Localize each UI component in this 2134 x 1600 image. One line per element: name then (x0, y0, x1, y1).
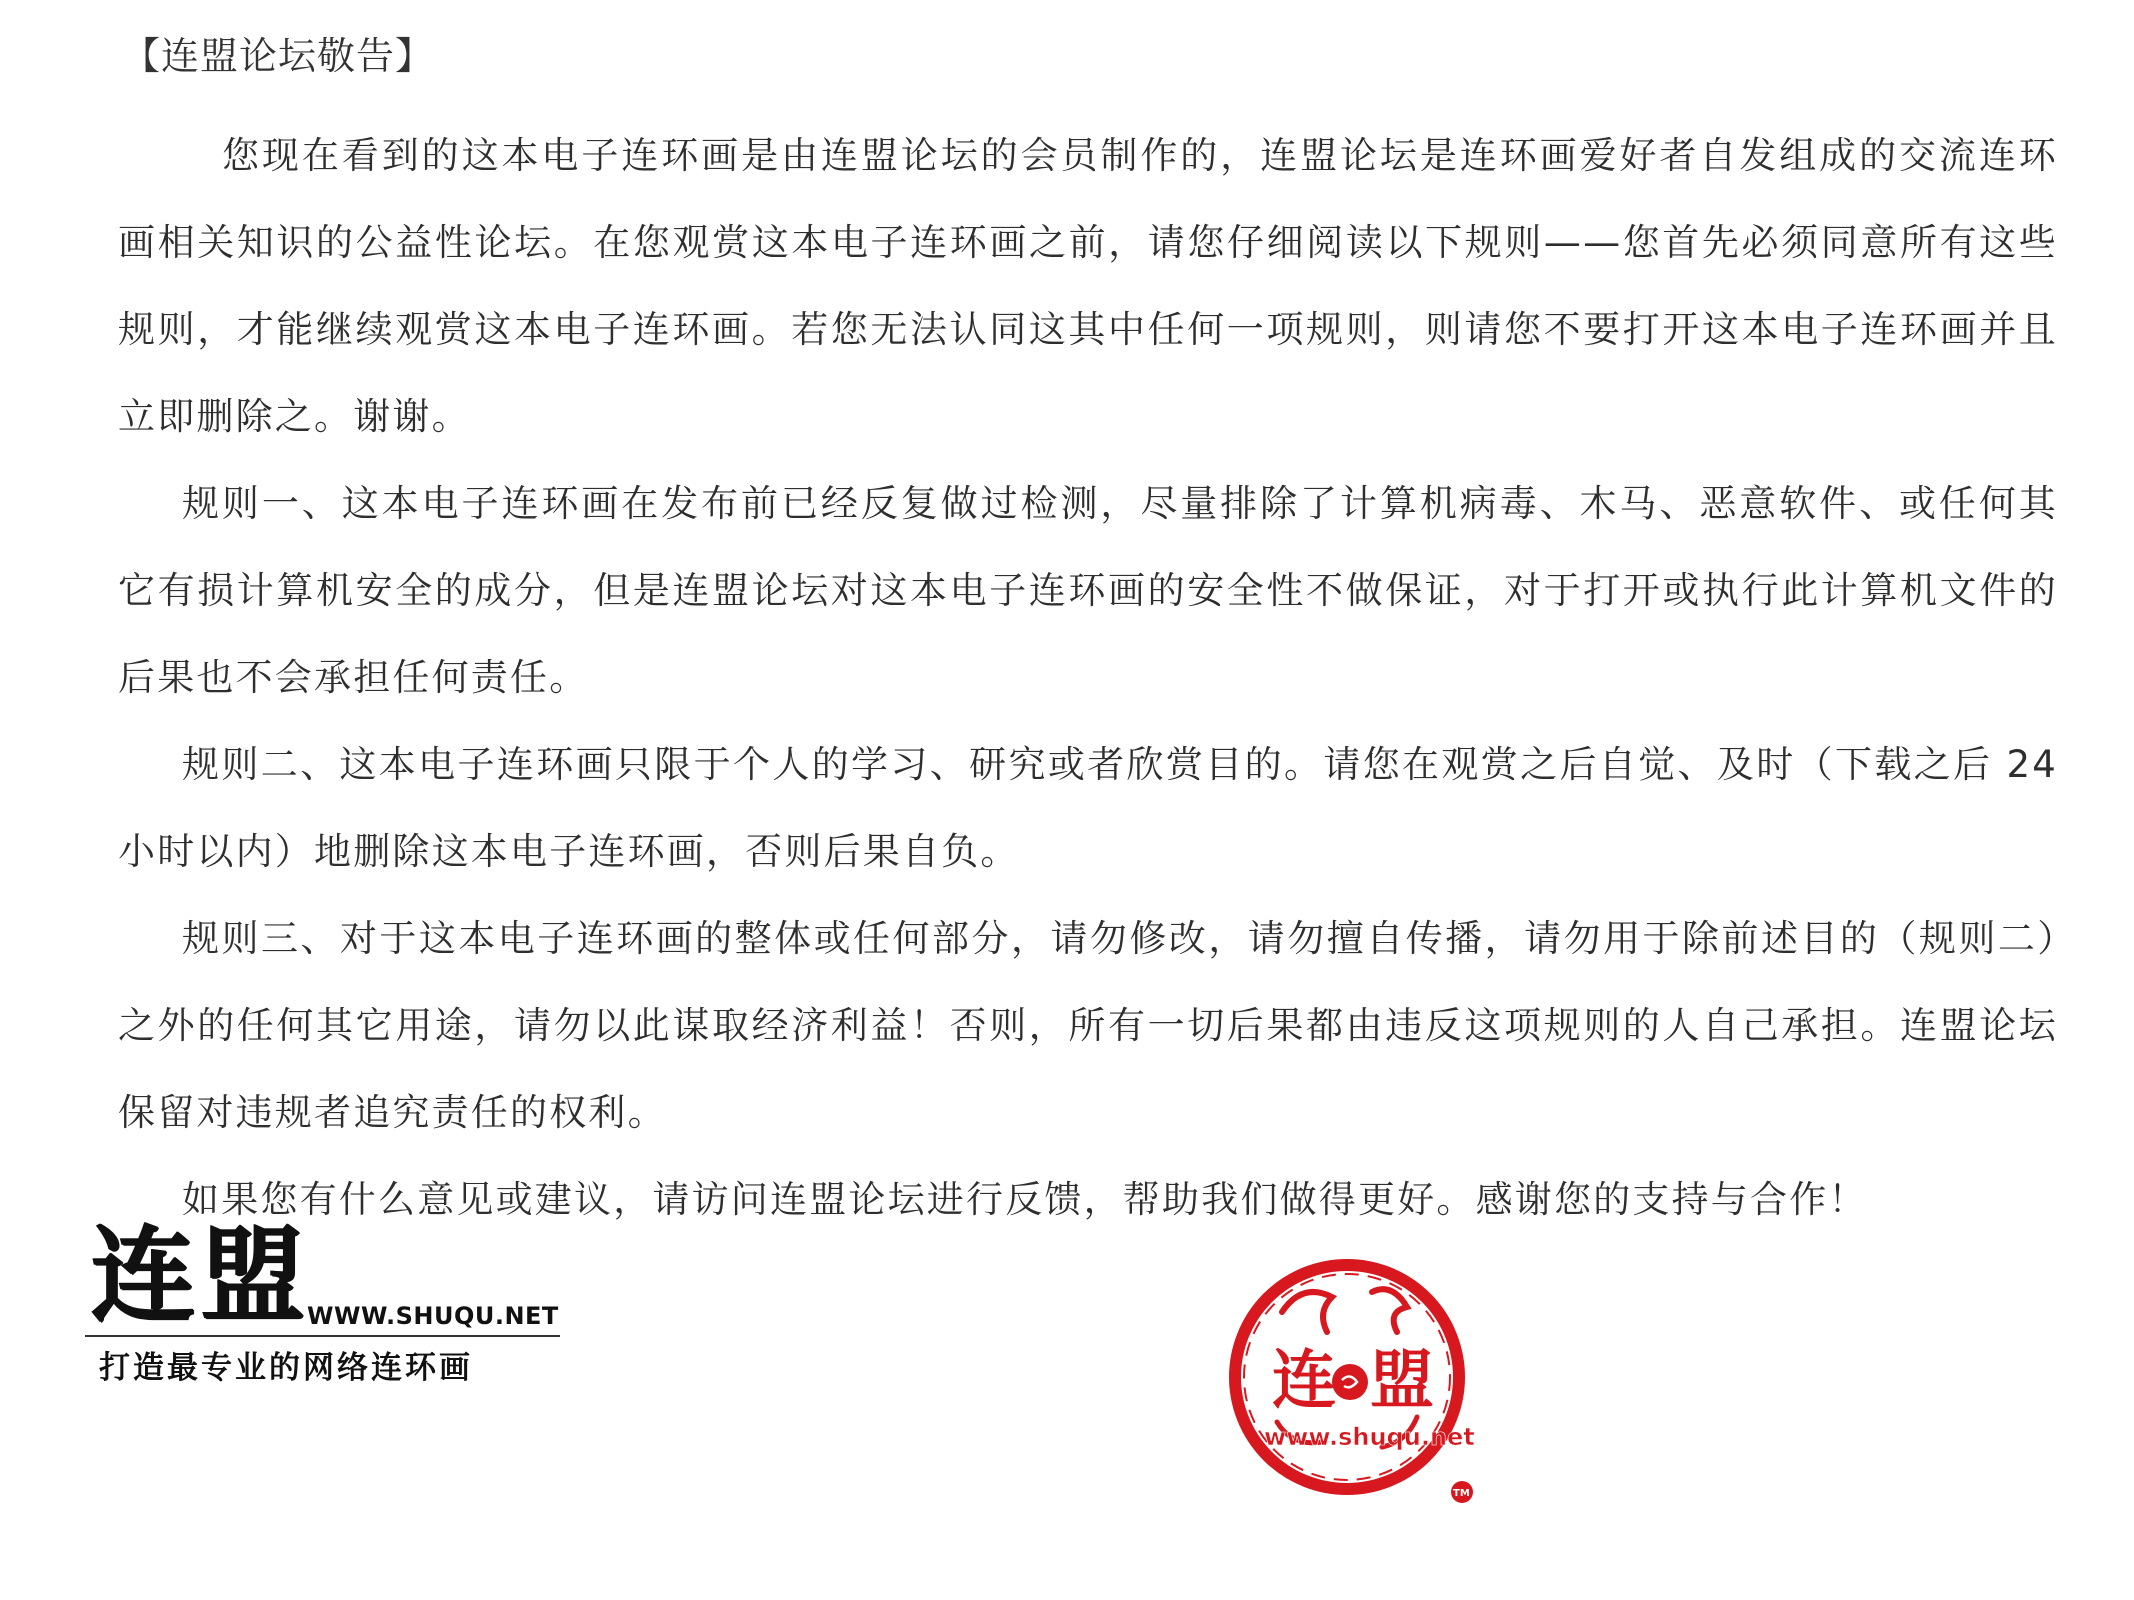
seal-char-lian: 连 (1272, 1343, 1336, 1418)
logo-calligraphy: 连盟 (91, 1220, 311, 1330)
seal-trademark: TM (1453, 1488, 1470, 1499)
intro-paragraph: 您现在看到的这本电子连环画是由连盟论坛的会员制作的，连盟论坛是连环画爱好者自发组… (118, 112, 2058, 460)
seal-url: www.shuqu.net (1264, 1423, 1475, 1451)
notice-title: 【连盟论坛敬告】 (122, 30, 434, 82)
logo-url: WWW.SHUQU.NET (307, 1302, 559, 1330)
lianmeng-logo: 连盟 WWW.SHUQU.NET 打造最专业的网络连环画 (85, 1220, 570, 1380)
rule-three-paragraph: 规则三、对于这本电子连环画的整体或任何部分，请勿修改，请勿擅自传播，请勿用于除前… (118, 895, 2058, 1156)
notice-body: 您现在看到的这本电子连环画是由连盟论坛的会员制作的，连盟论坛是连环画爱好者自发组… (118, 112, 2058, 1243)
rule-one-paragraph: 规则一、这本电子连环画在发布前已经反复做过检测，尽量排除了计算机病毒、木马、恶意… (118, 460, 2058, 721)
logo-divider (85, 1335, 560, 1337)
rule-two-paragraph: 规则二、这本电子连环画只限于个人的学习、研究或者欣赏目的。请您在观赏之后自觉、及… (118, 721, 2058, 895)
lianmeng-seal-icon: 连 盟 www.shuqu.net TM (1222, 1252, 1482, 1512)
seal-char-meng: 盟 (1370, 1343, 1434, 1418)
notice-page: 【连盟论坛敬告】 您现在看到的这本电子连环画是由连盟论坛的会员制作的，连盟论坛是… (0, 0, 2134, 1600)
logo-slogan: 打造最专业的网络连环画 (99, 1342, 473, 1387)
